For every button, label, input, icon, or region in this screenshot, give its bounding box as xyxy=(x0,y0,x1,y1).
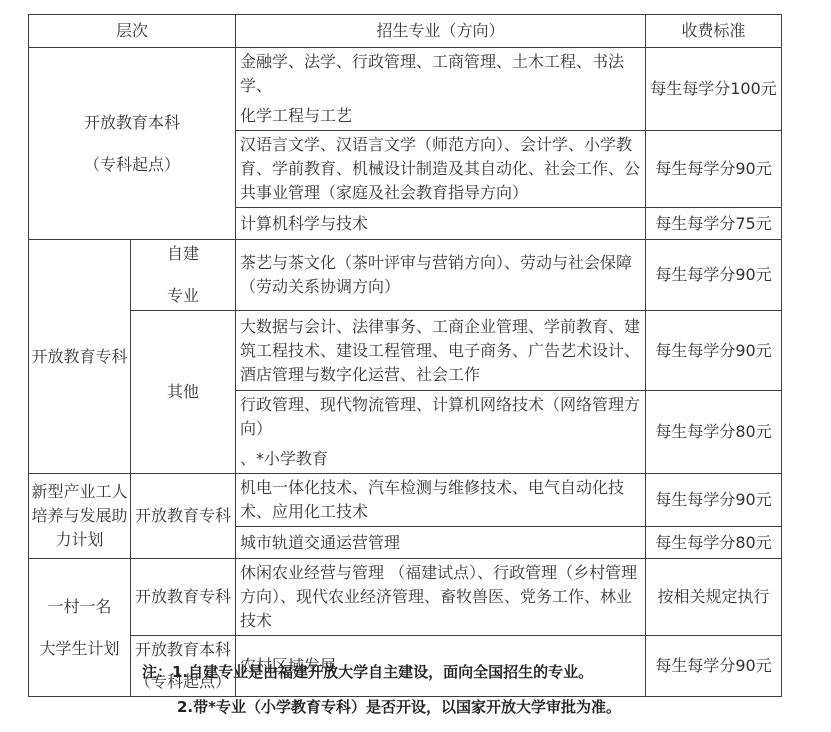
level-text: 开放教育本科 xyxy=(31,111,233,135)
cell-fee-r8: 每生每学分80元 xyxy=(646,527,782,559)
cell-majors-r8: 城市轨道交通运营管理 xyxy=(236,527,646,559)
cell-majors-r1: 金融学、法学、行政管理、工商管理、土木工程、书法学、 化学工程与工艺 xyxy=(236,48,646,131)
cell-majors-r7: 机电一体化技术、汽车检测与维修技术、电气自动化技术、应用化工技术 xyxy=(236,474,646,527)
cell-majors-r4: 茶艺与茶文化（茶叶评审与营销方向）、劳动与社会保障（劳动关系协调方向） xyxy=(236,240,646,311)
cell-fee-r7: 每生每学分90元 xyxy=(646,474,782,527)
cell-fee-r9: 按相关规定执行 xyxy=(646,559,782,636)
page: 层次 招生专业（方向） 收费标准 开放教育本科 （专科起点） 金融学、法学、行政… xyxy=(0,0,831,732)
table-row: 开放教育专科 自建 专业 茶艺与茶文化（茶叶评审与营销方向）、劳动与社会保障（劳… xyxy=(29,240,782,311)
header-fee: 收费标准 xyxy=(646,15,782,48)
footnote-1: 注：1.自建专业是由福建开放大学自主建设，面向全国招生的专业。 xyxy=(142,663,831,681)
level-text: 大学生计划 xyxy=(31,637,128,661)
cell-majors-r5: 大数据与会计、法律事务、工商企业管理、学前教育、建筑工程技术、建设工程管理、电子… xyxy=(236,311,646,391)
footnotes: 注：1.自建专业是由福建开放大学自主建设，面向全国招生的专业。 2.带*专业（小… xyxy=(0,663,831,716)
majors-text: 机电一体化技术、汽车检测与维修技术、电气自动化技术、应用化工技术 xyxy=(240,476,641,524)
table-row: 一村一名 大学生计划 开放教育专科 休闲农业经营与管理 （福建试点）、行政管理（… xyxy=(29,559,782,636)
majors-text: 金融学、法学、行政管理、工商管理、土木工程、书法学、 xyxy=(240,50,641,98)
level-text: （专科起点） xyxy=(31,153,233,177)
header-majors: 招生专业（方向） xyxy=(236,15,646,48)
majors-text: 、*小学教育 xyxy=(240,447,641,471)
cell-level-industry-worker-plan: 新型产业工人培养与发展助力计划 xyxy=(29,474,131,559)
majors-text: 茶艺与茶文化（茶叶评审与营销方向）、劳动与社会保障（劳动关系协调方向） xyxy=(240,251,641,299)
table-row: 新型产业工人培养与发展助力计划 开放教育专科 机电一体化技术、汽车检测与维修技术… xyxy=(29,474,782,527)
majors-text: 化学工程与工艺 xyxy=(240,104,641,128)
cell-level-open-bachelor: 开放教育本科 （专科起点） xyxy=(29,48,236,240)
majors-text: 计算机科学与技术 xyxy=(240,212,641,236)
majors-text: 大数据与会计、法律事务、工商企业管理、学前教育、建筑工程技术、建设工程管理、电子… xyxy=(240,315,641,387)
majors-text: 行政管理、现代物流管理、计算机网络技术（网络管理方向） xyxy=(240,393,641,441)
cell-fee-r1: 每生每学分100元 xyxy=(646,48,782,131)
table-row: 开放教育本科 （专科起点） 金融学、法学、行政管理、工商管理、土木工程、书法学、… xyxy=(29,48,782,131)
majors-text: 休闲农业经营与管理 （福建试点）、行政管理（乡村管理方向）、现代农业经济管理、畜… xyxy=(240,561,641,633)
table-header-row: 层次 招生专业（方向） 收费标准 xyxy=(29,15,782,48)
table-row: 其他 大数据与会计、法律事务、工商企业管理、学前教育、建筑工程技术、建设工程管理… xyxy=(29,311,782,391)
header-level: 层次 xyxy=(29,15,236,48)
majors-text: 城市轨道交通运营管理 xyxy=(240,531,641,555)
cell-fee-r3: 每生每学分75元 xyxy=(646,208,782,240)
cell-majors-r2: 汉语言文学、汉语言文学（师范方向）、会计学、小学教育、学前教育、机械设计制造及其… xyxy=(236,131,646,208)
cell-majors-r9: 休闲农业经营与管理 （福建试点）、行政管理（乡村管理方向）、现代农业经济管理、畜… xyxy=(236,559,646,636)
cell-fee-r2: 每生每学分90元 xyxy=(646,131,782,208)
footnote-2: 2.带*专业（小学教育专科）是否开设，以国家开放大学审批为准。 xyxy=(177,698,831,716)
cell-fee-r4: 每生每学分90元 xyxy=(646,240,782,311)
cell-sublevel-self-built: 自建 专业 xyxy=(131,240,236,311)
sublevel-text: 自建 xyxy=(133,242,233,266)
cell-majors-r3: 计算机科学与技术 xyxy=(236,208,646,240)
cell-sublevel-other: 其他 xyxy=(131,311,236,474)
sublevel-text: 开放教育本科 xyxy=(133,638,233,662)
cell-level-open-college: 开放教育专科 xyxy=(29,240,131,474)
cell-fee-r5: 每生每学分90元 xyxy=(646,311,782,391)
tuition-fee-table: 层次 招生专业（方向） 收费标准 开放教育本科 （专科起点） 金融学、法学、行政… xyxy=(28,14,782,697)
cell-majors-r6: 行政管理、现代物流管理、计算机网络技术（网络管理方向） 、*小学教育 xyxy=(236,391,646,474)
sublevel-text: 专业 xyxy=(133,284,233,308)
level-text: 一村一名 xyxy=(31,595,128,619)
cell-sublevel-village-college: 开放教育专科 xyxy=(131,559,236,636)
cell-sublevel-industry-college: 开放教育专科 xyxy=(131,474,236,559)
cell-fee-r6: 每生每学分80元 xyxy=(646,391,782,474)
majors-text: 汉语言文学、汉语言文学（师范方向）、会计学、小学教育、学前教育、机械设计制造及其… xyxy=(240,133,641,205)
